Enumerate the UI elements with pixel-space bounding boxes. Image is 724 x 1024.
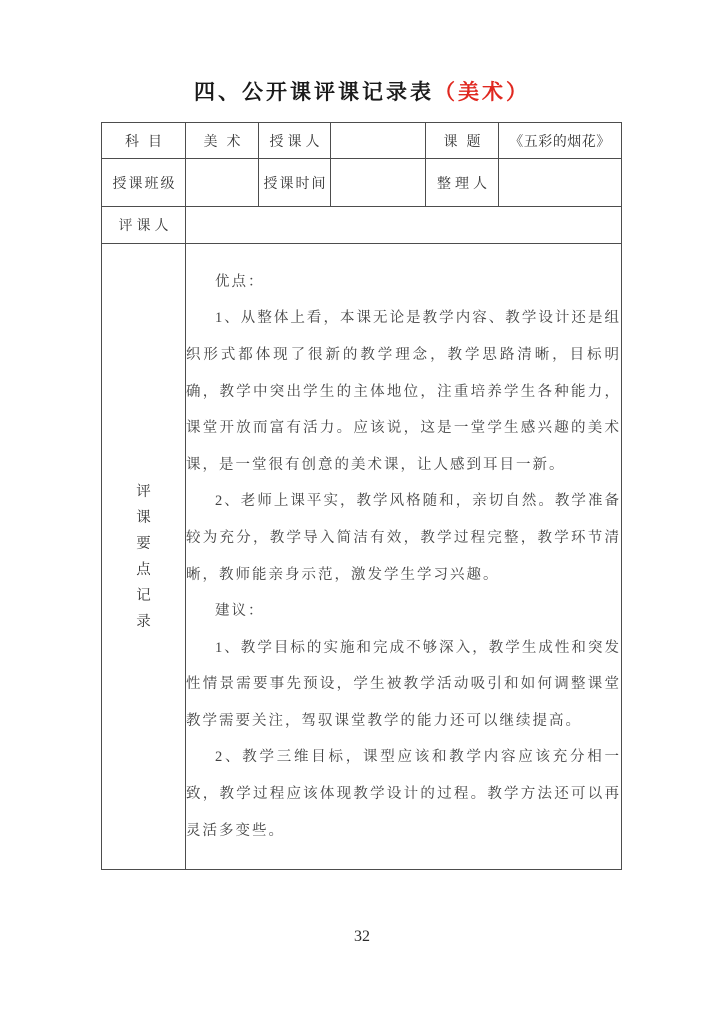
notes-label-cell: 评课要点记录: [102, 244, 186, 870]
page-title-main: 四、公开课评课记录表: [194, 80, 434, 104]
notes-label-char: 课: [136, 505, 151, 531]
notes-paragraph: 1、教学目标的实施和完成不够深入，教学生成性和突发性情景需要事先预设，学生被教学…: [186, 630, 621, 740]
evaluation-record-table: 科目 美术 授课人 课题 《五彩的烟花》 授课班级 授课时间 整理人 评课人 评…: [101, 122, 622, 870]
lecturer-value: [331, 123, 426, 159]
notes-paragraph: 2、教学三维目标，课型应该和教学内容应该充分相一致，教学过程应该体现教学设计的过…: [186, 739, 621, 849]
table-row-class: 授课班级 授课时间 整理人: [102, 159, 622, 207]
notes-paragraph: 1、从整体上看，本课无论是教学内容、教学设计还是组织形式都体现了很新的教学理念，…: [186, 300, 621, 483]
evaluator-label: 评课人: [102, 207, 186, 244]
notes-label-char: 录: [136, 609, 151, 635]
notes-label-char: 评: [136, 479, 151, 505]
topic-label: 课题: [426, 123, 499, 159]
organizer-value: [499, 159, 622, 207]
page-title: 四、公开课评课记录表（美术）: [0, 76, 724, 106]
subject-value: 美术: [186, 123, 259, 159]
evaluator-value: [186, 207, 622, 244]
time-value: [331, 159, 426, 207]
topic-value: 《五彩的烟花》: [499, 123, 622, 159]
table-row-evaluator: 评课人: [102, 207, 622, 244]
notes-label-char: 记: [136, 583, 151, 609]
notes-label: 评课要点记录: [102, 479, 185, 635]
table-row-subject: 科目 美术 授课人 课题 《五彩的烟花》: [102, 123, 622, 159]
notes-cell: 优点：1、从整体上看，本课无论是教学内容、教学设计还是组织形式都体现了很新的教学…: [186, 244, 622, 870]
page-title-red: （美术）: [434, 80, 530, 104]
notes-paragraph: 2、老师上课平实，教学风格随和，亲切自然。教学准备较为充分，教学导入简洁有效，教…: [186, 483, 621, 593]
class-value: [186, 159, 259, 207]
lecturer-label: 授课人: [259, 123, 331, 159]
notes-label-char: 要: [136, 531, 151, 557]
table-row-notes: 评课要点记录 优点：1、从整体上看，本课无论是教学内容、教学设计还是组织形式都体…: [102, 244, 622, 870]
notes-paragraph: 优点：: [186, 264, 621, 301]
notes-label-char: 点: [136, 557, 151, 583]
organizer-label: 整理人: [426, 159, 499, 207]
time-label: 授课时间: [259, 159, 331, 207]
notes-paragraph: 建议：: [186, 593, 621, 630]
class-label: 授课班级: [102, 159, 186, 207]
subject-label: 科目: [102, 123, 186, 159]
page-number: 32: [0, 928, 724, 946]
notes-paragraphs: 优点：1、从整体上看，本课无论是教学内容、教学设计还是组织形式都体现了很新的教学…: [186, 264, 621, 850]
